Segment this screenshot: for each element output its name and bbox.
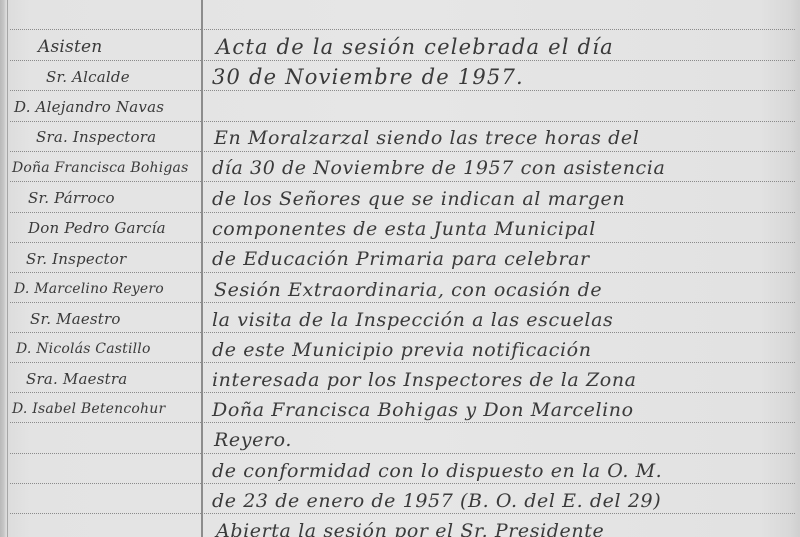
body-text-line: Doña Francisca Bohigas y Don Marcelino [212, 398, 634, 422]
ruled-line [10, 60, 795, 61]
ruled-line [10, 272, 795, 273]
margin-entry: Sr. Párroco [28, 188, 115, 208]
body-text-line: la visita de la Inspección a las escuela… [212, 308, 613, 332]
body-text-line: Sesión Extraordinaria, con ocasión de [214, 278, 602, 302]
ruled-line [10, 90, 795, 91]
margin-entry: Sr. Alcalde [46, 67, 130, 87]
margin-entry: Sr. Inspector [26, 249, 126, 269]
margin-entry: Sra. Maestra [26, 369, 127, 389]
body-text-line: En Moralzarzal siendo las trece horas de… [214, 126, 639, 150]
ruled-line [10, 302, 795, 303]
margin-entry: Sr. Maestro [30, 309, 121, 329]
margin-entry: D. Marcelino Reyero [14, 279, 164, 299]
document-title-line-1: Acta de la sesión celebrada el día [216, 34, 614, 60]
margin-divider-line [201, 0, 203, 537]
body-text-line: componentes de esta Junta Municipal [212, 217, 596, 241]
ruled-line [10, 453, 795, 454]
ruled-line [10, 362, 795, 363]
margin-entry: Doña Francisca Bohigas [12, 158, 188, 178]
ruled-line [10, 29, 795, 30]
ruled-line [10, 513, 795, 514]
body-text-line: Reyero. [214, 428, 292, 452]
margin-entry: D. Nicolás Castillo [16, 339, 151, 359]
margin-entry: D. Alejandro Navas [14, 97, 164, 117]
page-edge-rule [7, 0, 8, 537]
body-text-line: de conformidad con lo dispuesto en la O.… [212, 459, 662, 483]
body-text-line: interesada por los Inspectores de la Zon… [212, 368, 637, 392]
ruled-line [10, 483, 795, 484]
ruled-line [10, 181, 795, 182]
document-page: Asisten Sr. Alcalde D. Alejandro Navas S… [0, 0, 800, 537]
ruled-line [10, 392, 795, 393]
document-title-line-2: 30 de Noviembre de 1957. [212, 64, 524, 90]
ruled-line [10, 422, 795, 423]
body-text-line: de Educación Primaria para celebrar [212, 247, 590, 271]
margin-entry: Don Pedro García [28, 218, 166, 238]
body-text-line: de este Municipio previa notificación [212, 338, 592, 362]
ruled-line [10, 332, 795, 333]
body-text-line: día 30 de Noviembre de 1957 con asistenc… [212, 156, 665, 180]
ruled-line [10, 151, 795, 152]
body-text-line: de 23 de enero de 1957 (B. O. del E. del… [212, 489, 661, 513]
ruled-line [10, 121, 795, 122]
ruled-line [10, 242, 795, 243]
margin-header-asisten: Asisten [38, 37, 102, 57]
margin-entry: D. Isabel Betencohur [12, 399, 165, 419]
ruled-line [10, 212, 795, 213]
body-text-line-cutoff: Abierta la sesión por el Sr. Presidente [216, 519, 604, 537]
body-text-line: de los Señores que se indican al margen [212, 187, 625, 211]
margin-entry: Sra. Inspectora [36, 127, 156, 147]
